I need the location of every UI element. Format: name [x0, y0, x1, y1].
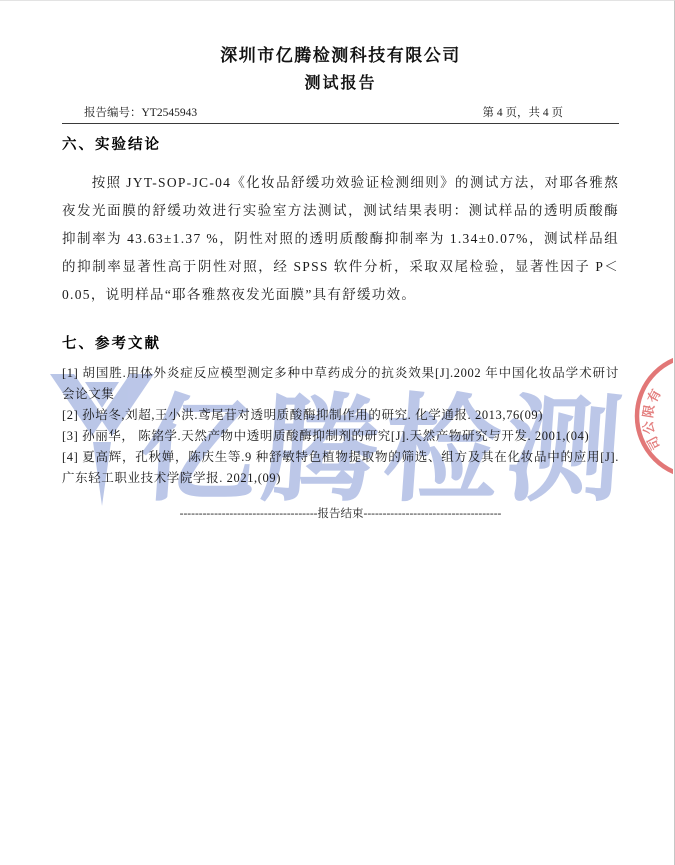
- section-heading-conclusion: 六、实验结论: [62, 133, 619, 154]
- reference-item: [3] 孙丽华， 陈铭学.天然产物中透明质酸酶抑制剂的研究[J].天然产物研究与…: [62, 426, 619, 447]
- report-number: 报告编号：YT2545943: [84, 104, 197, 120]
- header-divider: [62, 123, 619, 124]
- report-end-marker: ------------------------------------报告结束…: [62, 505, 619, 521]
- section-heading-references: 七、参考文献: [62, 332, 619, 353]
- reference-list: [1] 胡国胜.用体外炎症反应模型测定多种中草药成分的抗炎效果[J].2002 …: [62, 363, 619, 489]
- reference-item: [2] 孙培冬,刘超,王小洪.鸢尾苷对透明质酸酶抑制作用的研究. 化学通报. 2…: [62, 405, 619, 426]
- document-title: 测试报告: [62, 70, 619, 93]
- report-page: 亿腾检测 有 限 公 司 深圳市亿腾检测科技有限公司 测试报告 报告编号：YT2…: [0, 0, 675, 865]
- report-meta-row: 报告编号：YT2545943 第 4 页，共 4 页: [62, 104, 619, 120]
- report-content: 深圳市亿腾检测科技有限公司 测试报告 报告编号：YT2545943 第 4 页，…: [0, 1, 674, 521]
- company-name: 深圳市亿腾检测科技有限公司: [62, 41, 619, 66]
- conclusion-paragraph: 按照 JYT-SOP-JC-04《化妆品舒缓功效验证检测细则》的测试方法，对耶各…: [62, 169, 619, 309]
- page-indicator: 第 4 页，共 4 页: [483, 104, 564, 120]
- reference-item: [4] 夏高辉，孔秋婵，陈庆生等.9 种舒敏特色植物提取物的筛选、组方及其在化妆…: [62, 447, 619, 489]
- reference-item: [1] 胡国胜.用体外炎症反应模型测定多种中草药成分的抗炎效果[J].2002 …: [62, 363, 619, 405]
